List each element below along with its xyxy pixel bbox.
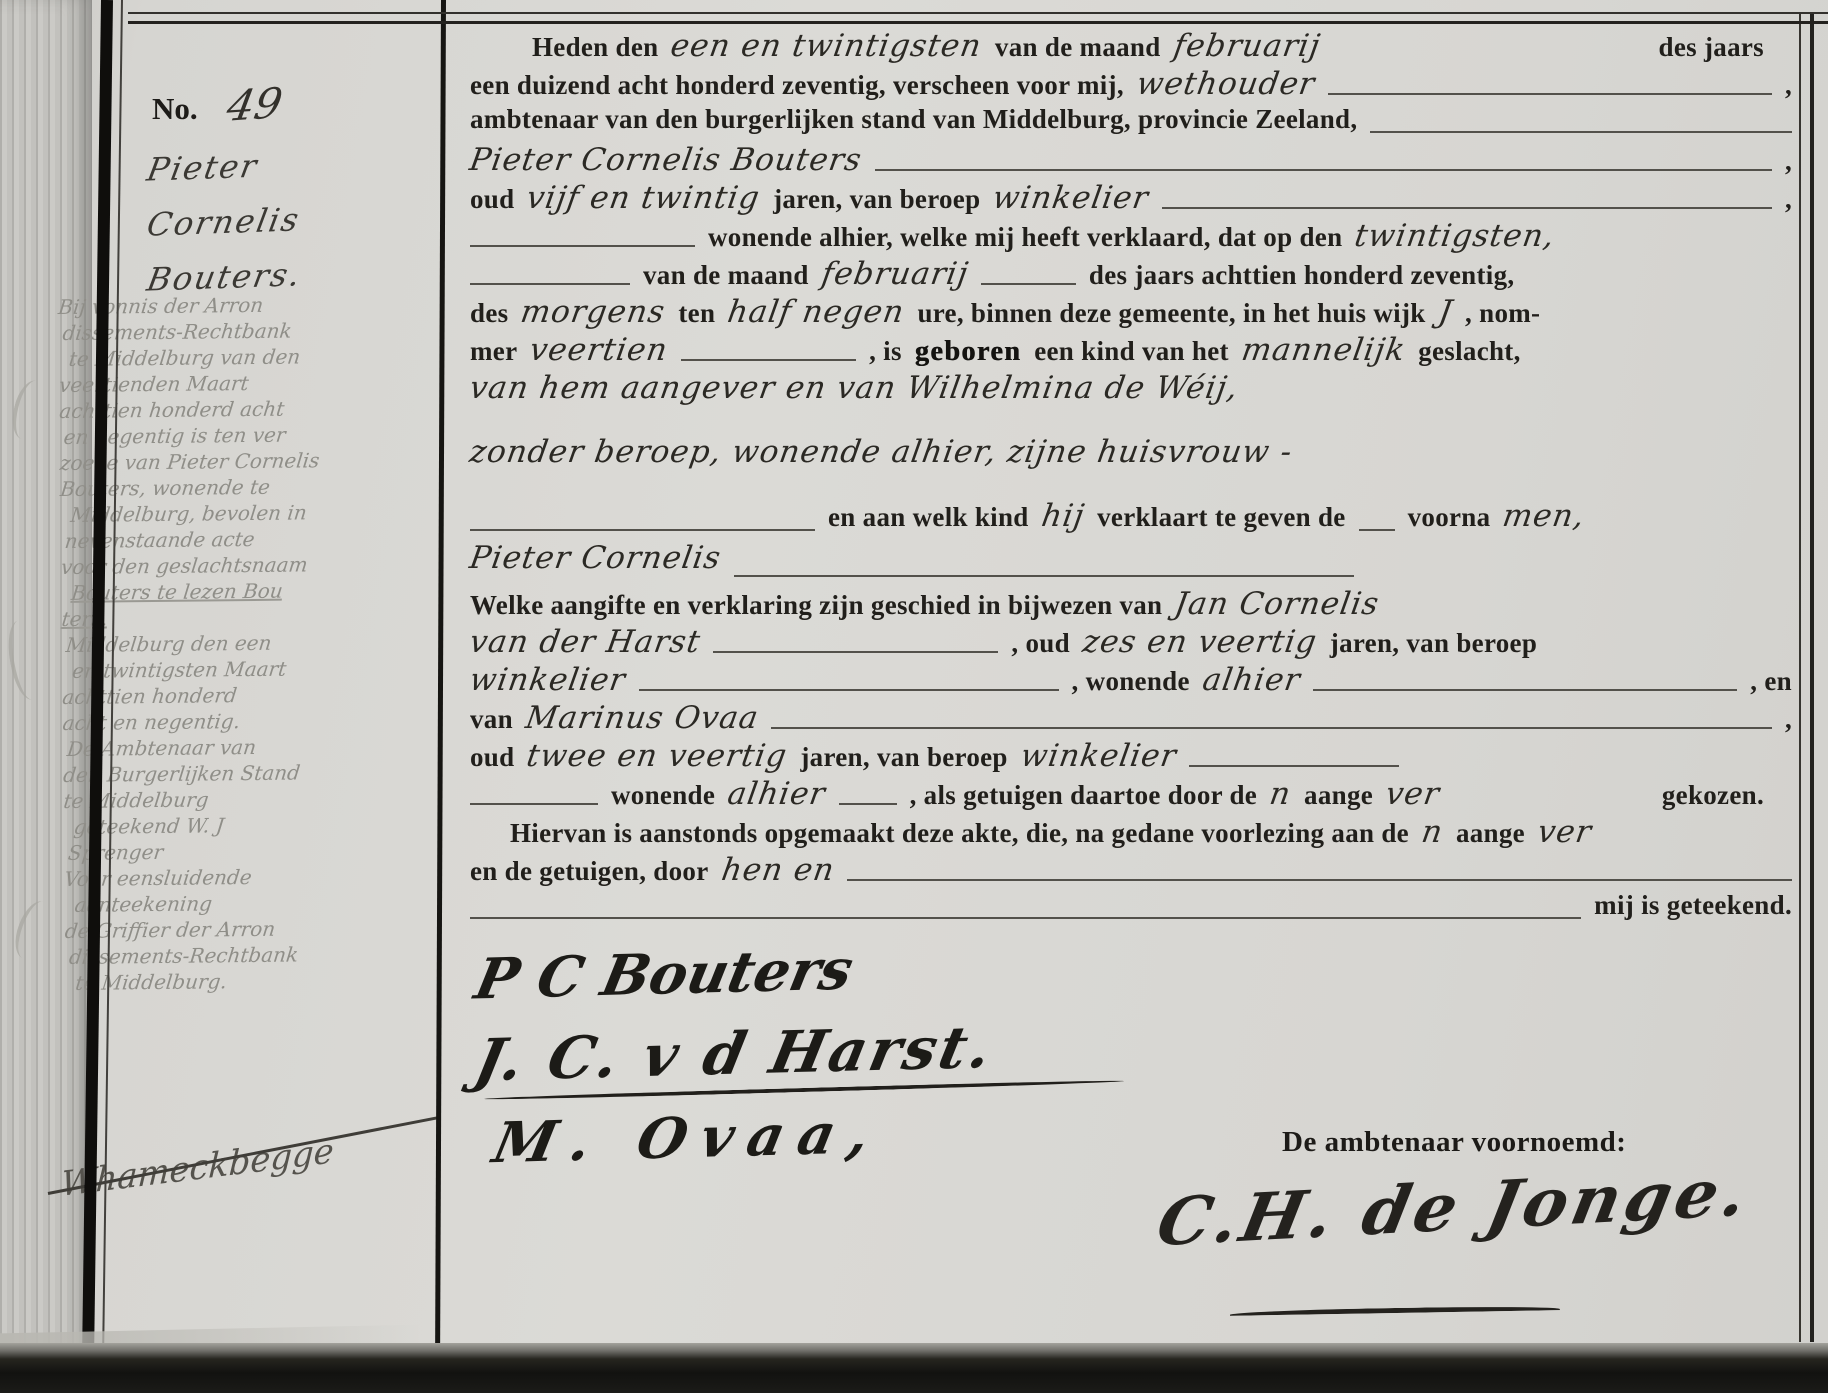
body-line: van der Harst, oudzes en veertigjaren, v… — [470, 624, 1792, 662]
blank-fill-rule — [639, 689, 1059, 691]
body-line: winkelier, wonendealhier, en — [470, 662, 1792, 700]
margin-note-line: Middelburg den een — [61, 628, 442, 658]
margin-note-line: dissements-Rechtbank — [64, 940, 445, 970]
printed-text: geslacht, — [1418, 336, 1520, 367]
printed-text: , als getuigen daartoe door de — [910, 780, 1258, 811]
blank-fill-rule — [470, 283, 630, 285]
margin-note-line: Middelburg, bevolen in — [59, 498, 440, 528]
blank-fill-rule — [470, 803, 598, 805]
margin-note-line: Sprenger — [63, 836, 444, 866]
margin-note-line: geteekend W. J — [62, 810, 443, 840]
handwritten-entry: wethouder — [1134, 66, 1318, 102]
margin-name-line: Bouters. — [144, 255, 305, 298]
act-body-text: Heden deneen en twintigstenvan de maandf… — [470, 28, 1792, 928]
printed-text: geboren — [915, 336, 1021, 368]
printed-text: oud — [470, 184, 514, 215]
body-line: wonendealhier, als getuigen daartoe door… — [470, 776, 1792, 814]
handwritten-entry: winkelier — [467, 662, 628, 698]
handwritten-entry: twintigsten, — [1353, 218, 1558, 254]
margin-note-line: voor den geslachtsnaam — [60, 550, 441, 580]
body-line: Pieter Cornelis Bouters, — [470, 142, 1792, 180]
body-line: merveertien, isgeboreneen kind van hetma… — [470, 332, 1792, 370]
witness-signatures: P C BoutersJ. C. v d Harst.M. Ovaa, — [478, 938, 1124, 1168]
handwritten-entry: februarij — [1171, 28, 1323, 64]
margin-note-line: aanteekening — [63, 888, 444, 918]
printed-text: voorna — [1408, 502, 1491, 533]
blank-fill-rule — [1162, 207, 1772, 209]
printed-text: van de maand — [643, 260, 809, 291]
blank-fill-rule — [771, 727, 1771, 729]
body-line: Welke aangifte en verklaring zijn geschi… — [470, 586, 1792, 624]
handwritten-entry: ver — [1383, 776, 1442, 812]
body-line: desmorgenstenhalf negenure, binnen deze … — [470, 294, 1792, 332]
blank-fill-rule — [734, 575, 1354, 577]
printed-text: aange — [1456, 818, 1525, 849]
body-line: Hiervan is aanstonds opgemaakt deze akte… — [470, 814, 1792, 852]
printed-text: , en — [1750, 666, 1792, 697]
margin-note-line: te Middelburg van den — [58, 342, 439, 372]
body-line: Heden deneen en twintigstenvan de maandf… — [470, 28, 1792, 66]
handwritten-entry: Jan Cornelis — [1173, 586, 1383, 622]
top-border-rule-lower — [128, 21, 1828, 24]
handwritten-entry: Pieter Cornelis — [467, 540, 724, 576]
blank-fill-rule — [847, 879, 1792, 881]
blank-fill-rule — [1359, 529, 1395, 531]
handwritten-entry: van der Harst — [467, 624, 703, 660]
printed-text: wonende alhier, welke mij heeft verklaar… — [708, 222, 1342, 253]
printed-text: , — [1785, 704, 1792, 735]
margin-note-line: en twintigsten Maart — [61, 654, 442, 684]
body-line: en aan welk kindhijverklaart te geven de… — [470, 498, 1792, 540]
handwritten-entry: van hem aangever en van Wilhelmina de Wé… — [467, 370, 1241, 406]
body-line: van hem aangever en van Wilhelmina de Wé… — [470, 370, 1792, 434]
printed-text: van — [470, 704, 513, 735]
handwritten-entry: men, — [1501, 498, 1588, 534]
printed-text: , wonende — [1072, 666, 1190, 697]
official-signature: C.H. de Jonge. — [1151, 1153, 1757, 1261]
printed-text: en aan welk kind — [828, 502, 1029, 533]
body-line: van de maandfebruarijdes jaars achttien … — [470, 256, 1792, 294]
handwritten-entry: hen en — [719, 852, 837, 888]
printed-text: wonende — [611, 780, 715, 811]
printed-text: ure, binnen deze gemeente, in het huis w… — [917, 298, 1425, 329]
printed-text: Welke aangifte en verklaring zijn geschi… — [470, 590, 1162, 621]
handwritten-entry: veertien — [528, 332, 671, 368]
printed-text: mer — [470, 336, 517, 367]
handwritten-entry: vijf en twintig — [525, 180, 763, 216]
body-line: vanMarinus Ovaa, — [470, 700, 1792, 738]
body-line: Pieter Cornelis — [470, 540, 1792, 586]
margin-note-line: te Middelburg. — [64, 966, 445, 996]
body-line: ambtenaar van den burgerlijken stand van… — [470, 104, 1792, 142]
body-line: wonende alhier, welke mij heeft verklaar… — [470, 218, 1792, 256]
printed-text: een kind van het — [1034, 336, 1229, 367]
printed-text: een duizend acht honderd zeventig, versc… — [470, 70, 1124, 101]
margin-clerk-signature: Whameckbegge — [60, 1131, 335, 1205]
margin-note-line: te Middelburg — [62, 784, 443, 814]
margin-name-line: Cornelis — [144, 200, 305, 243]
printed-text: mij is geteekend. — [1594, 890, 1792, 921]
margin-note-line: dissements-Rechtbank — [57, 316, 438, 346]
official-signature-flourish — [1230, 1305, 1560, 1324]
handwritten-entry: half negen — [725, 294, 907, 330]
handwritten-entry: alhier — [1200, 662, 1303, 698]
witness-signature: P C Bouters — [469, 930, 1132, 1013]
official-caption: De ambtenaar voornoemd: — [1282, 1126, 1626, 1159]
handwritten-entry: winkelier — [991, 180, 1152, 216]
printed-text: ambtenaar van den burgerlijken stand van… — [470, 104, 1357, 135]
printed-text: oud — [470, 742, 514, 773]
handwritten-entry: februarij — [819, 256, 971, 292]
handwritten-entry: morgens — [519, 294, 669, 330]
handwritten-entry: winkelier — [1018, 738, 1179, 774]
margin-name-line: Pieter — [144, 145, 305, 188]
top-border-rule-upper — [128, 12, 1828, 14]
printed-text: ten — [678, 298, 715, 329]
handwritten-entry: ver — [1535, 814, 1594, 850]
blank-fill-rule — [1328, 93, 1772, 95]
body-line: oudtwee en veertigjaren, van beroepwinke… — [470, 738, 1792, 776]
blank-fill-rule — [1370, 131, 1792, 133]
margin-note-line: De Ambtenaar van — [62, 732, 443, 762]
printed-text: en de getuigen, door — [470, 856, 709, 887]
blank-fill-rule — [981, 283, 1076, 285]
handwritten-entry: een en twintigsten — [669, 28, 985, 64]
blank-fill-rule — [470, 917, 1581, 919]
handwritten-entry: n — [1419, 814, 1446, 850]
blank-fill-rule — [470, 245, 695, 247]
printed-text: des jaars achttien honderd zeventig, — [1089, 260, 1515, 291]
handwritten-entry: n — [1267, 776, 1294, 812]
printed-text: jaren, van beroep — [800, 742, 1007, 773]
handwritten-entry: alhier — [725, 776, 828, 812]
blank-fill-rule — [839, 803, 897, 805]
right-border-rule-inner — [1810, 12, 1814, 1342]
handwritten-entry: Pieter Cornelis Bouters — [467, 142, 864, 178]
margin-note-line: achttien honderd — [61, 680, 442, 710]
record-number-row: No. 49 — [152, 80, 281, 129]
blank-fill-rule — [470, 529, 815, 531]
blank-fill-rule — [713, 651, 998, 653]
margin-note-line: acht en negentig. — [61, 706, 442, 736]
body-line: oudvijf en twintigjaren, van beroepwinke… — [470, 180, 1792, 218]
body-line: zonder beroep, wonende alhier, zijne hui… — [470, 434, 1792, 498]
handwritten-entry: zes en veertig — [1080, 624, 1320, 660]
margin-note-line: ters. — [60, 602, 441, 632]
margin-note-line: Voor eensluidende — [63, 862, 444, 892]
printed-text: aange — [1304, 780, 1373, 811]
printed-text: , oud — [1011, 628, 1070, 659]
printed-text: Heden den — [532, 32, 658, 63]
printed-text: des jaars — [1659, 32, 1764, 63]
record-number-value: 49 — [223, 78, 286, 131]
handwritten-entry: twee en veertig — [525, 738, 791, 774]
blank-fill-rule — [875, 169, 1772, 171]
printed-text: Hiervan is aanstonds opgemaakt deze akte… — [510, 818, 1409, 849]
record-number-label: No. — [152, 91, 198, 126]
margin-note-line: nevenstaande acte — [59, 524, 440, 554]
printed-text: jaren, van beroep — [1330, 628, 1537, 659]
body-line: en de getuigen, doorhen en — [470, 852, 1792, 890]
handwritten-entry: hij — [1039, 498, 1087, 534]
printed-text: , — [1785, 146, 1792, 177]
handwritten-entry: J — [1436, 294, 1455, 330]
printed-text: , nom- — [1465, 298, 1540, 329]
printed-text: van de maand — [995, 32, 1161, 63]
margin-note-line: den Burgerlijken Stand — [62, 758, 443, 788]
margin-child-name: PieterCornelisBouters. — [148, 148, 301, 313]
scanned-birth-record-page: No. 49 PieterCornelisBouters. Bij vonnis… — [0, 0, 1828, 1393]
book-bottom-edge — [0, 1343, 1828, 1393]
handwritten-entry: mannelijk — [1239, 332, 1408, 368]
blank-fill-rule — [1189, 765, 1399, 767]
printed-text: gekozen. — [1662, 780, 1764, 811]
margin-note-line: Bouters te lezen Bou — [60, 576, 441, 606]
margin-note-line: de Griffier der Arron — [64, 914, 445, 944]
printed-text: , — [1785, 184, 1792, 215]
witness-signature: M. Ovaa, — [487, 1094, 1132, 1176]
blank-fill-rule — [681, 359, 856, 361]
printed-text: , is — [869, 336, 902, 367]
handwritten-entry: zonder beroep, wonende alhier, zijne hui… — [467, 434, 1295, 470]
handwritten-entry: Marinus Ovaa — [523, 700, 761, 736]
body-line: een duizend acht honderd zeventig, versc… — [470, 66, 1792, 104]
printed-text: jaren, van beroep — [773, 184, 980, 215]
right-border-rule-outer — [1799, 12, 1801, 1342]
blank-fill-rule — [1313, 689, 1737, 691]
printed-text: verklaart te geven de — [1097, 502, 1345, 533]
body-line: mij is geteekend. — [470, 890, 1792, 928]
printed-text: , — [1785, 70, 1792, 101]
printed-text: des — [470, 298, 508, 329]
